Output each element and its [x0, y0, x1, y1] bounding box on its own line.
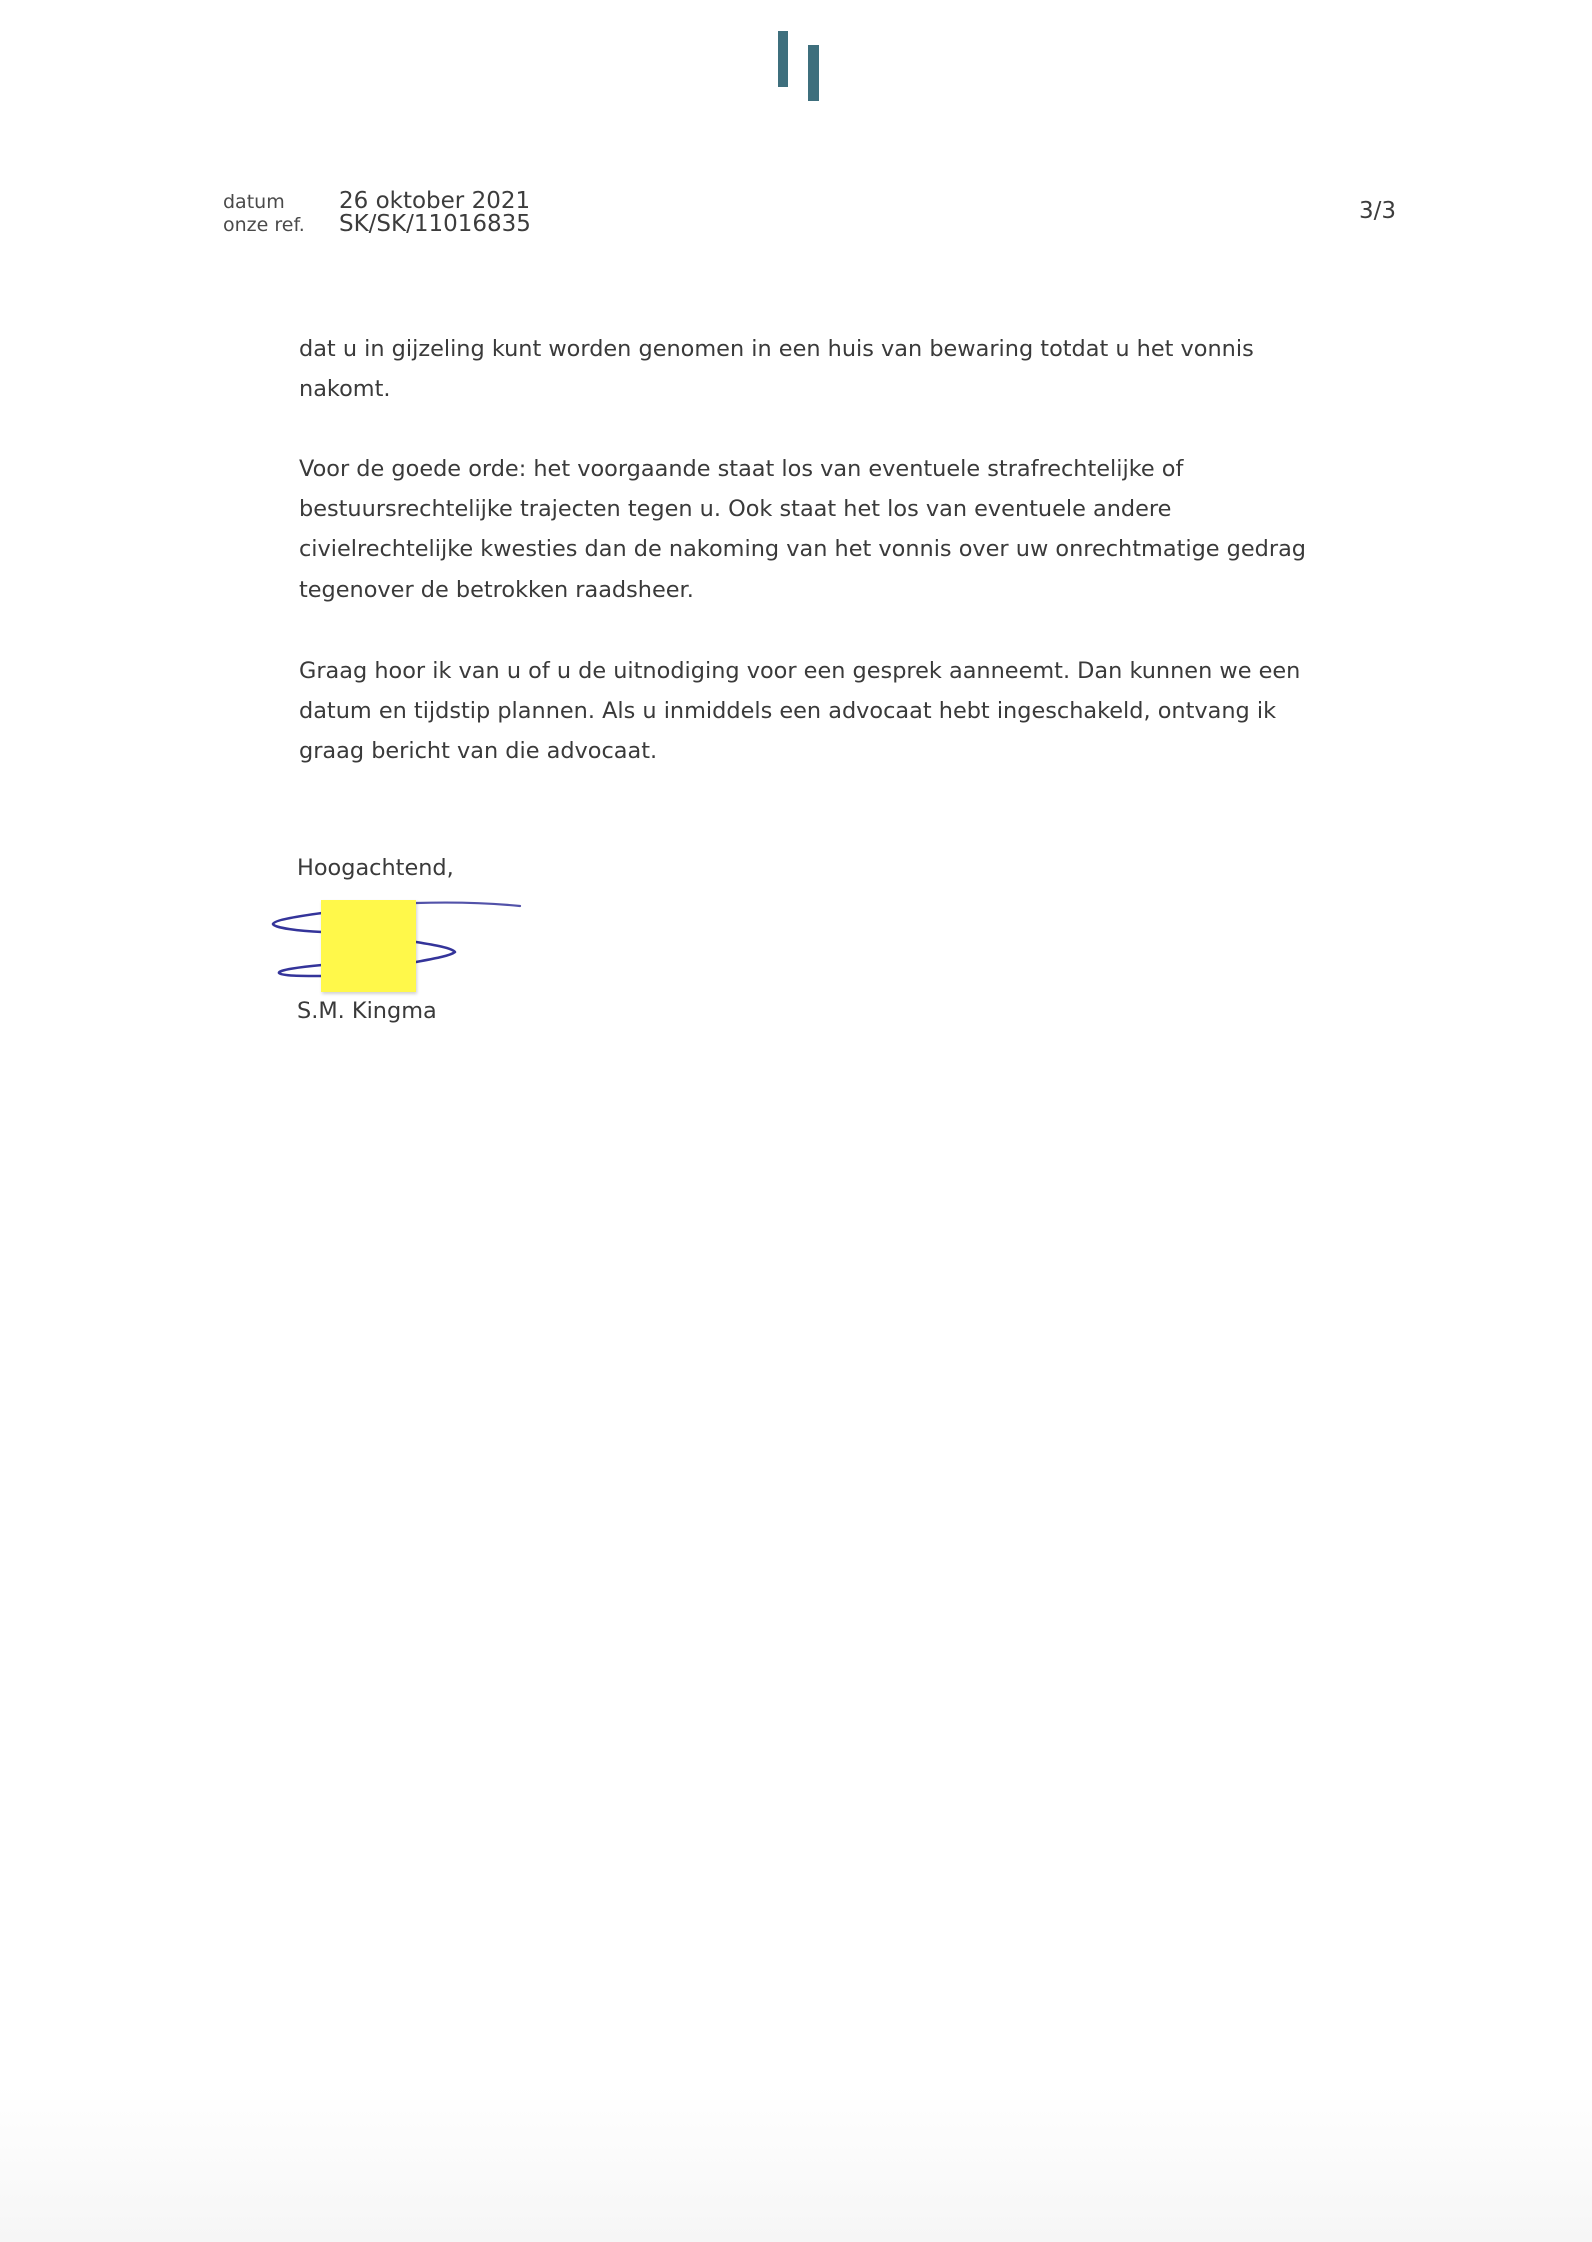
reference-value: SK/SK/11016835	[339, 211, 531, 237]
text-line: datum en tijdstip plannen. Als u inmidde…	[299, 691, 1419, 731]
text-line: graag bericht van die advocaat.	[299, 731, 1419, 771]
paragraph-3: Graag hoor ik van u of u de uitnodiging …	[299, 651, 1419, 772]
logo-bar-right	[808, 45, 819, 101]
text-line: tegenover de betrokken raadsheer.	[299, 570, 1419, 610]
page-number: 3/3	[1359, 198, 1396, 224]
text-line: dat u in gijzeling kunt worden genomen i…	[299, 329, 1419, 369]
signer-name: S.M. Kingma	[297, 998, 437, 1024]
text-line: nakomt.	[299, 369, 1419, 409]
text-line: civielrechtelijke kwesties dan de nakomi…	[299, 529, 1419, 569]
signature-redaction-box	[321, 900, 416, 992]
text-line: Graag hoor ik van u of u de uitnodiging …	[299, 651, 1419, 691]
date-label: datum	[223, 191, 285, 213]
text-line: bestuursrechtelijke trajecten tegen u. O…	[299, 489, 1419, 529]
logo-bar-left	[778, 31, 788, 87]
text-line: Voor de goede orde: het voorgaande staat…	[299, 449, 1419, 489]
paragraph-2: Voor de goede orde: het voorgaande staat…	[299, 449, 1419, 610]
closing-salutation: Hoogachtend,	[297, 855, 454, 881]
paragraph-1: dat u in gijzeling kunt worden genomen i…	[299, 329, 1419, 409]
reference-label: onze ref.	[223, 214, 305, 236]
